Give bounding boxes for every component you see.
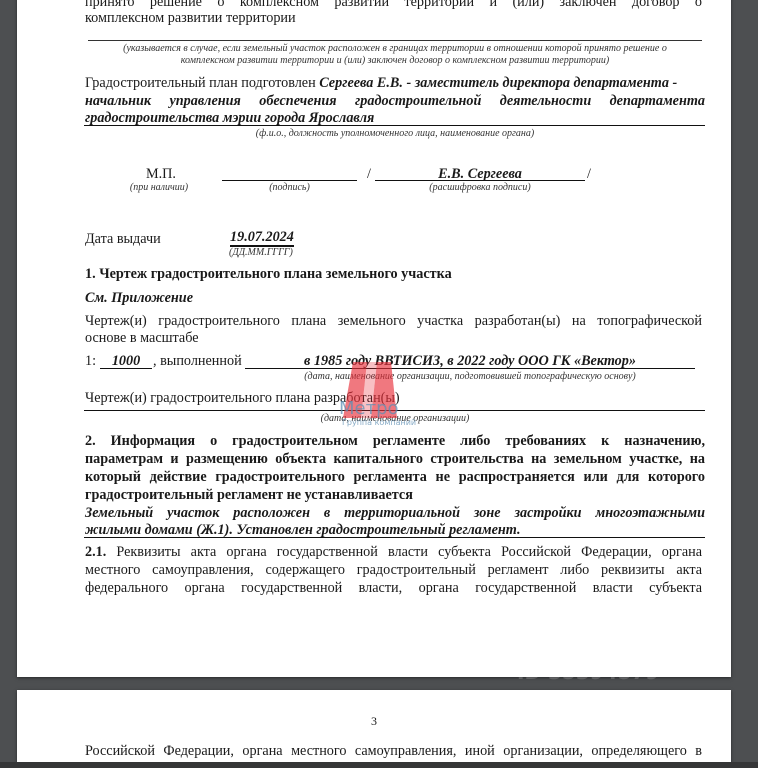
slash-left: /	[367, 165, 371, 183]
section-2-value-line-1: Земельный участок расположен в территори…	[85, 504, 705, 522]
section-2-1-number: 2.1.	[85, 544, 106, 560]
scale-prefix: 1:	[85, 352, 96, 370]
issue-date-caption: (ДД.ММ.ГГГГ)	[229, 247, 293, 259]
drawing-text-line-2: основе в масштабе	[85, 329, 199, 347]
watermark-id: ID 35394579	[517, 660, 659, 684]
scale-suffix: , выполненной	[153, 352, 242, 370]
section-2-1-line-1: 2.1. Реквизиты акта органа государственн…	[85, 543, 702, 561]
signer-caption: (расшифровка подписи)	[375, 182, 585, 194]
prepared-by-line-2: начальник управления обеспечения градост…	[85, 92, 705, 110]
section-1-title: 1. Чертеж градостроительного плана земел…	[85, 265, 452, 283]
section-1-see-attachment: См. Приложение	[85, 289, 193, 307]
signature-line	[222, 180, 357, 181]
prepared-by-name: Сергеева Е.В. - заместитель директора де…	[319, 75, 677, 91]
issue-date-label: Дата выдачи	[85, 230, 161, 248]
intro-caption-1: (указывается в случае, если земельный уч…	[85, 43, 705, 55]
stamp-caption: (при наличии)	[109, 182, 209, 194]
issue-date-value: 19.07.2024	[230, 229, 294, 247]
section-2-title-line-1: 2. Информация о градостроительном реглам…	[85, 432, 705, 450]
section-2-1-line-3: федерального органа государственной влас…	[85, 579, 702, 597]
intro-caption-2: комплексном развитии территории и (или) …	[85, 55, 705, 67]
prepared-caption: (ф.и.о., должность уполномоченного лица,…	[85, 128, 705, 140]
section-2-1-line-2: местного самоуправления, содержащего гра…	[85, 561, 702, 579]
signer-line	[375, 180, 585, 181]
prepared-label: Градостроительный план подготовлен	[85, 75, 316, 91]
section-2-value-line	[84, 537, 705, 538]
watermark-subtitle: Группа компаний	[342, 418, 416, 427]
prepared-by-line-1: Градостроительный план подготовлен Серге…	[85, 74, 705, 92]
drawing-text-line-1: Чертеж(и) градостроительного плана земел…	[85, 312, 702, 330]
prepared-rule	[84, 125, 705, 126]
page-number: 3	[17, 712, 731, 730]
viewer-bottom-bar	[0, 762, 758, 768]
section-2-title-line-2: параметрам и размещению объекта капиталь…	[85, 450, 705, 468]
topo-line	[245, 368, 695, 369]
section-2-1-text: Реквизиты акта органа государственной вл…	[116, 544, 702, 560]
intro-line-2: комплексном развитии территории	[85, 9, 296, 27]
signature-caption: (подпись)	[222, 182, 357, 194]
section-2-title-line-3: который действие градостроительного регл…	[85, 468, 705, 486]
topo-caption: (дата, наименование организации, подгото…	[245, 371, 695, 383]
document-page-1: принято решение о комплексном развитии т…	[17, 0, 731, 677]
intro-rule	[88, 40, 702, 41]
section-2-title-line-4: градостроительный регламент не устанавли…	[85, 486, 413, 504]
stamp-label: М.П.	[121, 165, 201, 183]
page-2-line-1: Российской Федерации, органа местного са…	[85, 742, 702, 760]
scale-line	[100, 368, 152, 369]
slash-right: /	[587, 165, 591, 183]
watermark-brand: Метро	[339, 398, 399, 419]
document-page-2: 3 Российской Федерации, органа местного …	[17, 690, 731, 762]
